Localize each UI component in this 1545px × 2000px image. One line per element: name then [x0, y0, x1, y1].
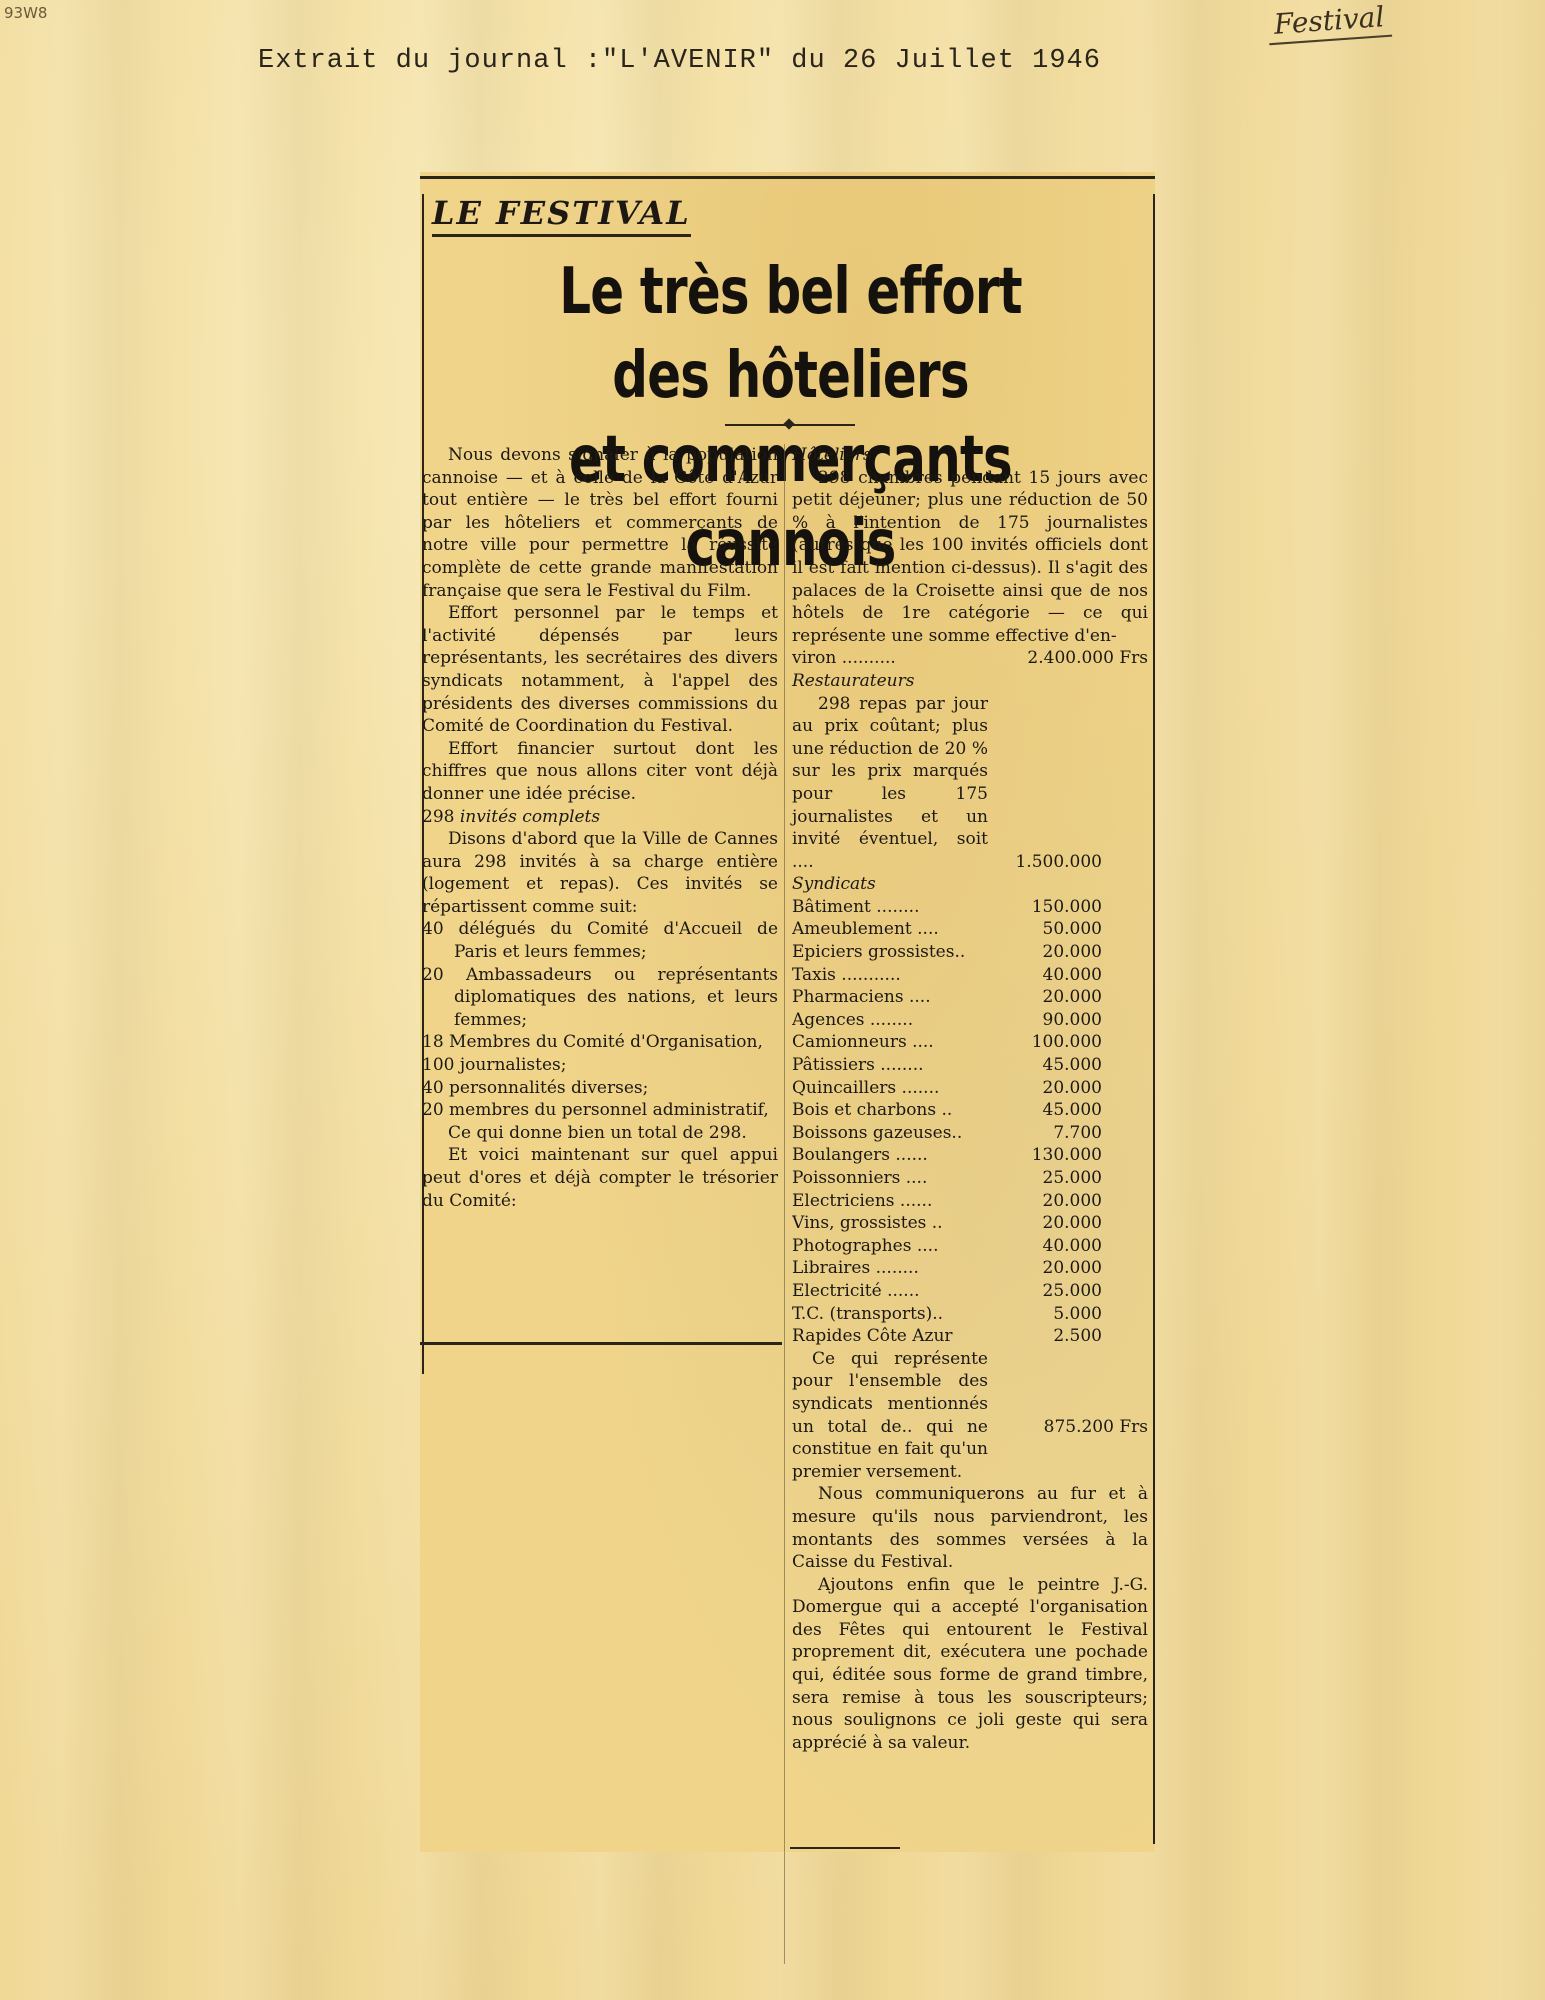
guest-label: journalistes; — [460, 1055, 567, 1075]
guest-label: membres du personnel administratif, — [449, 1100, 769, 1120]
syndicat-name: Bâtiment ........ — [792, 896, 988, 919]
syndicat-row: Bois et charbons ..45.000 — [792, 1099, 1148, 1122]
newspaper-clipping: LE FESTIVAL Le très bel effort des hôtel… — [420, 172, 1155, 1852]
syndicat-name: Agences ........ — [792, 1009, 988, 1032]
syndicat-amount: 90.000 — [988, 1009, 1102, 1032]
syndicat-row: Epiciers grossistes..20.000 — [792, 941, 1148, 964]
syndicat-name: Electriciens ...... — [792, 1190, 988, 1213]
guest-list-item: 40 personnalités diverses; — [422, 1077, 778, 1100]
typed-header: Extrait du journal :"L'AVENIR" du 26 Jui… — [258, 46, 1101, 76]
section-kicker: LE FESTIVAL — [432, 194, 691, 237]
syndicat-name: Boissons gazeuses.. — [792, 1122, 988, 1145]
right-column: Hôteliers 298 chambres pendant 15 jours … — [792, 444, 1148, 1754]
article-end-rule — [790, 1847, 900, 1849]
syndicat-amount: 45.000 — [988, 1099, 1102, 1122]
syndicat-name: Libraires ........ — [792, 1257, 988, 1280]
syndicat-name: Photographes .... — [792, 1235, 988, 1258]
guest-count: 18 — [422, 1032, 444, 1052]
hoteliers-text: 298 chambres pendant 15 jours avec petit… — [792, 467, 1148, 648]
paragraph: Nous communiquerons au fur et à mesure q… — [792, 1483, 1148, 1573]
syndicat-name: Vins, grossistes .. — [792, 1212, 988, 1235]
syndicat-row: Rapides Côte Azur2.500 — [792, 1325, 1148, 1348]
syndicat-amount: 40.000 — [988, 964, 1102, 987]
syndicats-total-block: Ce qui représente pour l'ensemble des sy… — [792, 1348, 1148, 1484]
syndicat-row: Electricité ......25.000 — [792, 1280, 1148, 1303]
syndicat-amount: 20.000 — [988, 1212, 1102, 1235]
hoteliers-amount: 2.400.000 Frs — [1027, 647, 1148, 670]
syndicat-name: Pâtissiers ........ — [792, 1054, 988, 1077]
syndicat-name: Taxis ........... — [792, 964, 988, 987]
syndicat-amount: 2.500 — [988, 1325, 1102, 1348]
syndicat-row: Agences ........90.000 — [792, 1009, 1148, 1032]
archive-reference: 93W8 — [4, 4, 47, 22]
syndicat-name: Quincaillers ....... — [792, 1077, 988, 1100]
top-rule — [420, 176, 1155, 179]
syndicat-amount: 150.000 — [988, 896, 1102, 919]
syndicat-row: Pâtissiers ........45.000 — [792, 1054, 1148, 1077]
syndicat-amount: 45.000 — [988, 1054, 1102, 1077]
syndicat-row: Ameublement ....50.000 — [792, 918, 1148, 941]
syndicat-amount: 20.000 — [988, 986, 1102, 1009]
paragraph: Et voici maintenant sur quel appui peut … — [422, 1144, 778, 1212]
guest-count: 100 — [422, 1055, 454, 1075]
paragraph: Ce qui donne bien un total de 298. — [422, 1122, 778, 1145]
syndicat-name: Ameublement .... — [792, 918, 988, 941]
syndicat-amount: 130.000 — [988, 1144, 1102, 1167]
paragraph: Effort financier surtout dont les chiffr… — [422, 738, 778, 806]
syndicat-amount: 50.000 — [988, 918, 1102, 941]
divider-ornament — [725, 420, 855, 430]
guest-list-item: 40 délégués du Comité d'Accueil de Paris… — [422, 918, 778, 963]
syndicat-amount: 20.000 — [988, 1077, 1102, 1100]
syndicat-row: Libraires ........20.000 — [792, 1257, 1148, 1280]
section-heading: 298 invités complets — [422, 806, 778, 829]
syndicats-total-amount: 875.200 Frs — [1044, 1416, 1148, 1439]
restaurateurs-block: 298 repas par jour au prix coûtant; plus… — [792, 693, 1148, 874]
syndicat-amount: 40.000 — [988, 1235, 1102, 1258]
headline-line-1: Le très bel effort des hôteliers — [508, 250, 1074, 418]
syndicat-row: Vins, grossistes ..20.000 — [792, 1212, 1148, 1235]
syndicat-row: Bâtiment ........150.000 — [792, 896, 1148, 919]
syndicat-row: Photographes ....40.000 — [792, 1235, 1148, 1258]
column-end-rule — [420, 1342, 782, 1345]
syndicat-name: Boulangers ...... — [792, 1144, 988, 1167]
syndicat-name: Bois et charbons .. — [792, 1099, 988, 1122]
diamond-icon — [783, 418, 794, 429]
guest-count: 20 — [422, 965, 444, 985]
hoteliers-amount-row: viron .......... 2.400.000 Frs — [792, 647, 1148, 670]
syndicat-name: T.C. (transports).. — [792, 1303, 988, 1326]
syndicat-name: Rapides Côte Azur — [792, 1325, 988, 1348]
syndicat-row: Camionneurs ....100.000 — [792, 1031, 1148, 1054]
guest-list-item: 18 Membres du Comité d'Organisation, — [422, 1031, 778, 1054]
syndicat-name: Electricité ...... — [792, 1280, 988, 1303]
syndicat-name: Epiciers grossistes.. — [792, 941, 988, 964]
guest-count: 40 — [422, 919, 444, 939]
syndicat-amount: 5.000 — [988, 1303, 1102, 1326]
guest-label: Membres du Comité d'Organisation, — [449, 1032, 763, 1052]
syndicat-amount: 20.000 — [988, 941, 1102, 964]
guest-label: Ambassadeurs ou représentants diplomatiq… — [454, 965, 778, 1030]
restaurateurs-amount: 1.500.000 — [1015, 851, 1102, 874]
syndicats-table: Bâtiment ........150.000Ameublement ....… — [792, 896, 1148, 1348]
syndicat-amount: 25.000 — [988, 1167, 1102, 1190]
syndicat-row: Quincaillers .......20.000 — [792, 1077, 1148, 1100]
guest-count: 40 — [422, 1078, 444, 1098]
syndicat-name: Poissonniers .... — [792, 1167, 988, 1190]
syndicat-amount: 20.000 — [988, 1190, 1102, 1213]
left-column: Nous devons signaler à la population can… — [420, 444, 778, 1212]
syndicat-row: Taxis ...........40.000 — [792, 964, 1148, 987]
syndicat-row: Electriciens ......20.000 — [792, 1190, 1148, 1213]
syndicat-row: Poissonniers ....25.000 — [792, 1167, 1148, 1190]
guest-list: 40 délégués du Comité d'Accueil de Paris… — [422, 918, 778, 1121]
syndicat-name: Pharmaciens .... — [792, 986, 988, 1009]
paragraph: Ajoutons enfin que le peintre J.-G. Dome… — [792, 1574, 1148, 1755]
syndicat-name: Camionneurs .... — [792, 1031, 988, 1054]
paragraph: Effort personnel par le temps et l'activ… — [422, 602, 778, 738]
syndicat-amount: 7.700 — [988, 1122, 1102, 1145]
paragraph: Disons d'abord que la Ville de Cannes au… — [422, 828, 778, 918]
syndicat-row: Pharmaciens ....20.000 — [792, 986, 1148, 1009]
syndicat-amount: 100.000 — [988, 1031, 1102, 1054]
syndicat-row: Boissons gazeuses..7.700 — [792, 1122, 1148, 1145]
column-separator — [784, 444, 785, 1964]
syndicats-heading: Syndicats — [792, 873, 1148, 896]
handwritten-annotation: Festival — [1267, 0, 1392, 45]
syndicat-amount: 20.000 — [988, 1257, 1102, 1280]
guest-count: 20 — [422, 1100, 444, 1120]
syndicat-row: T.C. (transports)..5.000 — [792, 1303, 1148, 1326]
syndicat-amount: 25.000 — [988, 1280, 1102, 1303]
guest-list-item: 20 Ambassadeurs ou représentants diploma… — [422, 964, 778, 1032]
paragraph: Nous devons signaler à la population can… — [422, 444, 778, 602]
guest-label: personnalités diverses; — [449, 1078, 648, 1098]
guest-list-item: 100 journalistes; — [422, 1054, 778, 1077]
right-rule — [1153, 194, 1155, 1844]
syndicat-row: Boulangers ......130.000 — [792, 1144, 1148, 1167]
guest-label: délégués du Comité d'Accueil de Paris et… — [454, 919, 778, 962]
guest-list-item: 20 membres du personnel administratif, — [422, 1099, 778, 1122]
restaurateurs-heading: Restaurateurs — [792, 670, 1148, 693]
hoteliers-heading: Hôteliers — [792, 444, 1148, 467]
